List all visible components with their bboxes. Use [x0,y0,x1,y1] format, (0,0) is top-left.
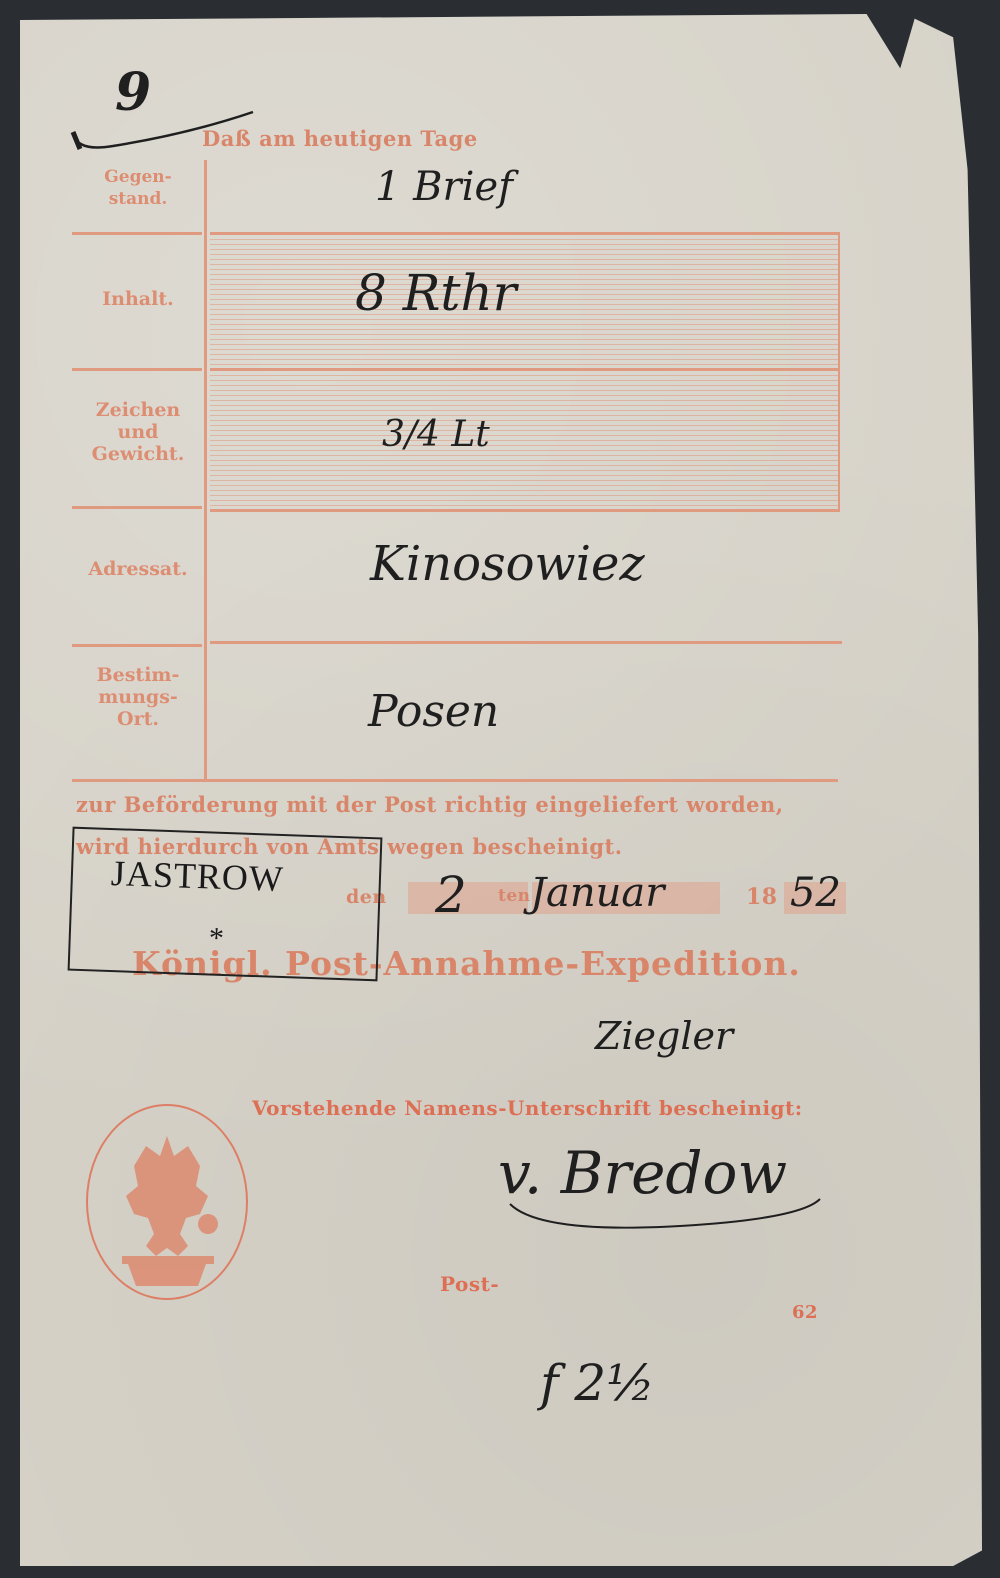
signature-underline-icon [500,1194,830,1244]
row-separator [72,644,202,647]
post-label: Post- [440,1272,499,1296]
postage-fee: f 2½ [540,1354,655,1412]
label-bestimmungsort: Bestim-mungs-Ort. [78,664,198,730]
value-gegenstand: 1 Brief [375,164,513,210]
date-month: Januar [530,870,664,916]
form-number: 62 [792,1302,818,1323]
row-separator [72,232,202,235]
value-zeichen-gewicht: 3/4 Lt [382,414,490,455]
row-separator [210,641,842,644]
form-bottom-line [72,779,838,782]
date-day-suffix: ten [498,886,531,906]
date-year-prefix: 18 [746,884,778,910]
prussian-eagle-icon [88,1106,246,1298]
clerk-signature: Ziegler [595,1014,733,1058]
postal-receipt-document: 9 Daß am heutigen Tage Gegen-stand. Inha… [20,14,982,1566]
attestation-text: Vorstehende Namens-Unterschrift beschein… [252,1096,803,1120]
jastrow-postmark: JASTROW * [68,827,383,982]
prussian-eagle-seal [86,1104,248,1300]
value-bestimmungsort: Posen [368,686,499,737]
label-inhalt: Inhalt. [78,288,198,310]
row-separator [72,506,202,509]
date-day: 2 [435,866,467,924]
label-gegenstand: Gegen-stand. [78,166,198,210]
postmark-town: JASTROW [110,852,284,900]
label-adressat: Adressat. [78,558,198,580]
value-inhalt: 8 Rthr [355,264,517,322]
value-adressat: Kinosowiez [370,536,645,592]
inhalt-ruled-field [210,232,840,371]
intro-text: Daß am heutigen Tage [202,126,478,151]
date-year: 52 [790,870,841,916]
certification-line-1: zur Beförderung mit der Post richtig ein… [76,792,784,817]
label-zeichen-gewicht: Zeichen und Gewicht. [78,399,198,465]
row-separator [72,368,202,371]
label-column-divider [204,160,207,780]
postmark-star-icon: * [208,921,225,956]
zeichen-ruled-field [210,368,840,512]
